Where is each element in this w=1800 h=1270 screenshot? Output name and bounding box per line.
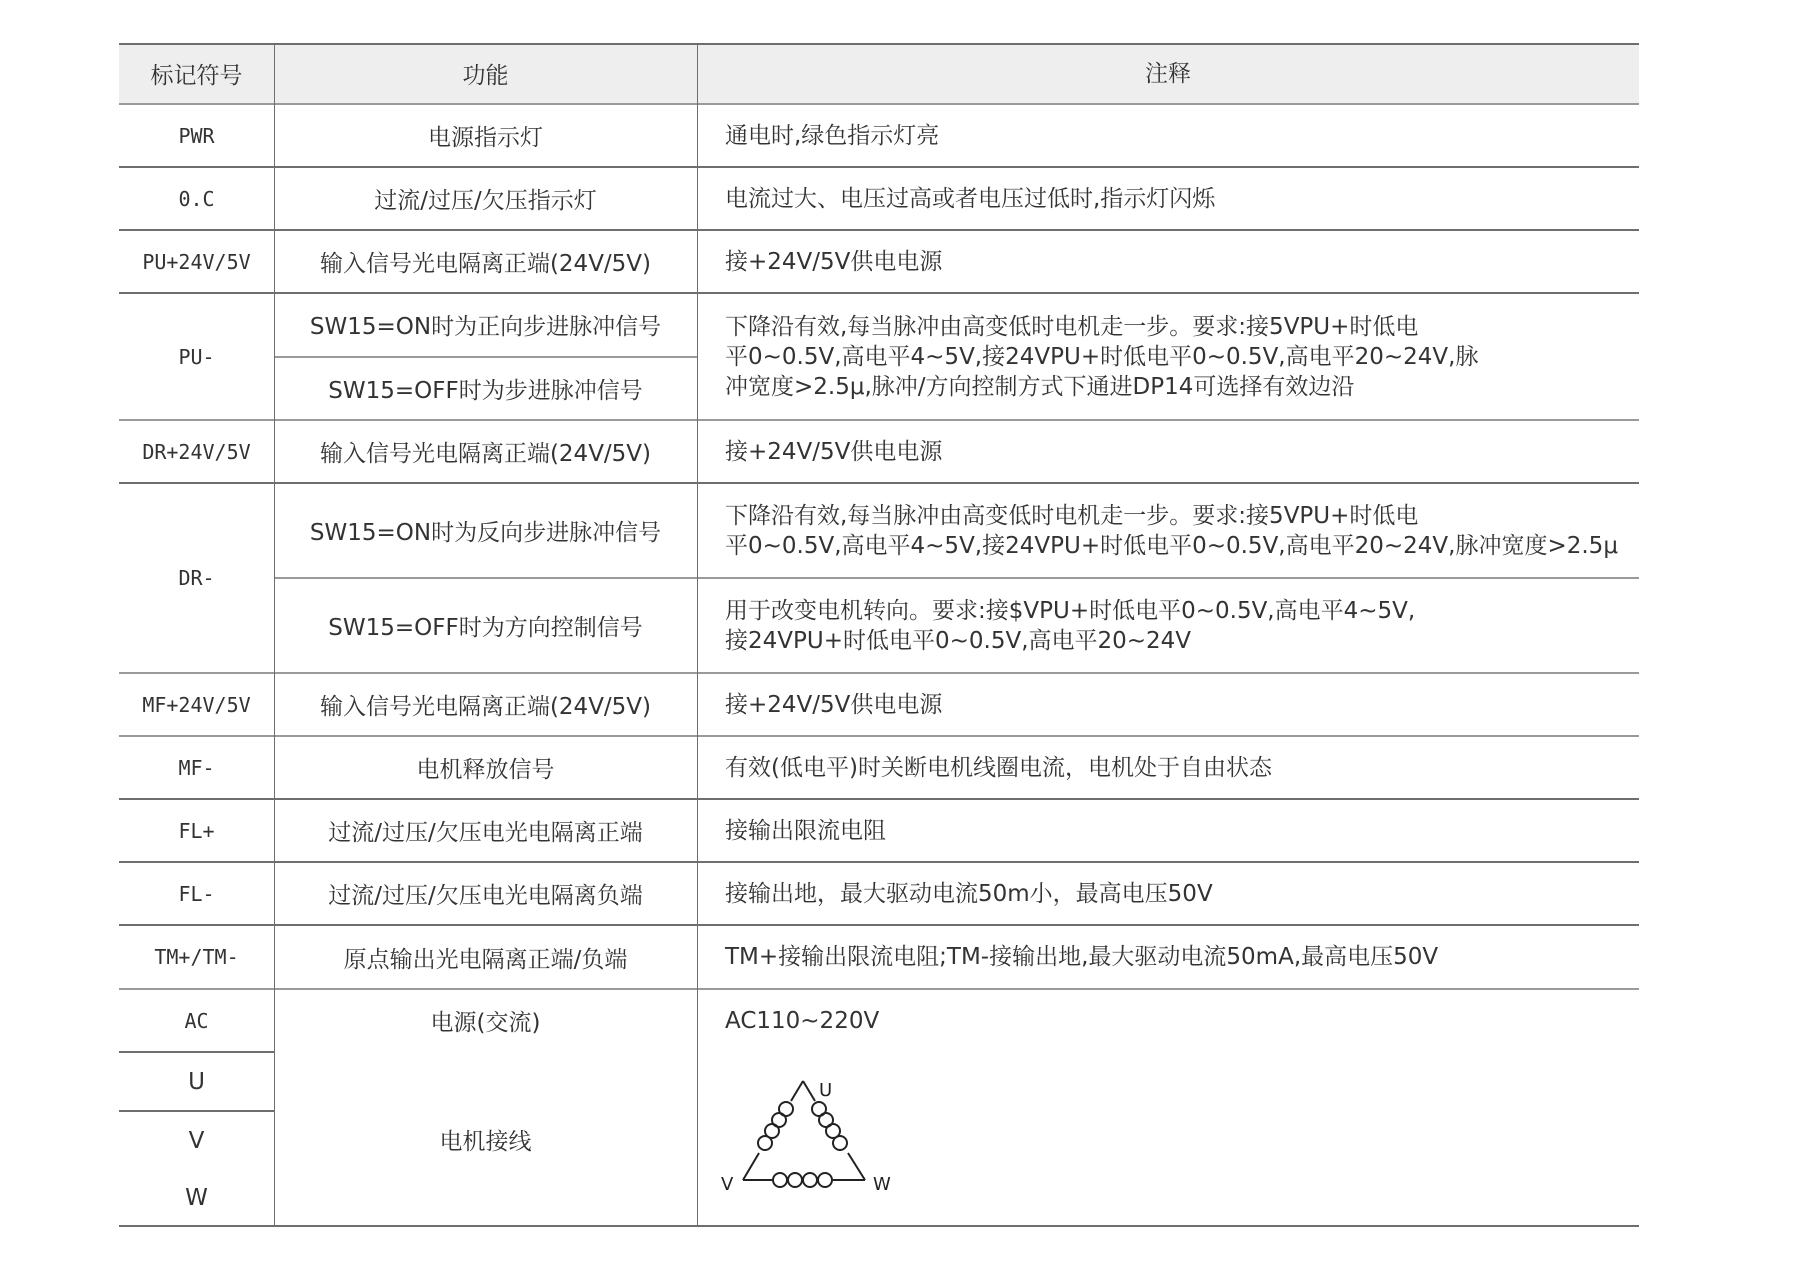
function-fl-plus: 过流/过压/欠压电光电隔离正端 [274,799,697,862]
header-function: 功能 [274,43,697,104]
symbol-dr-plus: DR+24V/5V [119,420,274,483]
function-fl-minus: 过流/过压/欠压电光电隔离负端 [274,862,697,925]
symbol-fl-plus: FL+ [119,799,274,862]
header-symbol: 标记符号 [119,43,274,104]
diagram-label-u: U [819,1080,832,1101]
function-dr-plus: 输入信号光电隔离正端(24V/5V) [274,420,697,483]
symbol-fl-minus: FL- [119,862,274,925]
symbol-pu-plus: PU+24V/5V [119,230,274,293]
symbol-u: U [119,1052,274,1111]
symbol-v: V [119,1111,274,1170]
note-dr-minus-off: 用于改变电机转向。要求:接$VPU+时低电平0~0.5V,高电平4~5V, 接2… [697,578,1639,673]
note-fl-plus: 接输出限流电阻 [697,799,1639,862]
function-dr-minus-off: SW15=OFF时为方向控制信号 [274,578,697,673]
symbol-mf-plus: MF+24V/5V [119,673,274,736]
function-pu-minus-on: SW15=ON时为正向步进脉冲信号 [274,293,697,356]
note-ac: AC110~220V [697,989,1639,1052]
function-tm: 原点输出光电隔离正端/负端 [274,925,697,989]
diagram-label-w: W [873,1174,891,1195]
function-dr-minus-on: SW15=ON时为反向步进脉冲信号 [274,483,697,578]
function-pu-plus: 输入信号光电隔离正端(24V/5V) [274,230,697,293]
function-motor-wiring: 电机接线 [274,1052,697,1226]
delta-winding-icon: U V W [697,1052,897,1202]
symbol-pu-minus: PU- [119,293,274,420]
symbol-oc: 0.C [119,167,274,230]
function-pwr: 电源指示灯 [274,104,697,167]
note-oc: 电流过大、电压过高或者电压过低时,指示灯闪烁 [697,167,1639,230]
function-pu-minus-off: SW15=OFF时为步进脉冲信号 [274,357,697,420]
function-oc: 过流/过压/欠压指示灯 [274,167,697,230]
header-note: 注释 [697,43,1639,104]
note-dr-minus-off-text: 用于改变电机转向。要求:接$VPU+时低电平0~0.5V,高电平4~5V, 接2… [725,596,1415,656]
symbol-mf-minus: MF- [119,736,274,799]
note-mf-minus: 有效(低电平)时关断电机线圈电流，电机处于自由状态 [697,736,1639,799]
symbol-pwr: PWR [119,104,274,167]
symbol-tm: TM+/TM- [119,925,274,989]
function-mf-plus: 输入信号光电隔离正端(24V/5V) [274,673,697,736]
pin-definition-table: 标记符号 功能 注释 PWR 电源指示灯 通电时,绿色指示灯亮 0.C 过流/过… [119,43,1639,1227]
note-pu-plus: 接+24V/5V供电电源 [697,230,1639,293]
note-pu-minus: 下降沿有效,每当脉冲由高变低时电机走一步。要求:接5VPU+时低电 平0~0.5… [697,293,1639,420]
symbol-w: W [119,1170,274,1226]
function-ac: 电源(交流) [274,989,697,1052]
note-fl-minus: 接输出地，最大驱动电流50m小，最高电压50V [697,862,1639,925]
function-mf-minus: 电机释放信号 [274,736,697,799]
note-pu-minus-text: 下降沿有效,每当脉冲由高变低时电机走一步。要求:接5VPU+时低电 平0~0.5… [725,312,1478,402]
note-dr-plus: 接+24V/5V供电电源 [697,420,1639,483]
note-dr-minus-on-text: 下降沿有效,每当脉冲由高变低时电机走一步。要求:接5VPU+时低电 平0~0.5… [725,501,1618,561]
symbol-ac: AC [119,989,274,1052]
note-motor-wiring: U V W [697,1052,1639,1226]
note-pwr: 通电时,绿色指示灯亮 [697,104,1639,167]
note-dr-minus-on: 下降沿有效,每当脉冲由高变低时电机走一步。要求:接5VPU+时低电 平0~0.5… [697,483,1639,578]
note-mf-plus: 接+24V/5V供电电源 [697,673,1639,736]
note-tm: TM+接输出限流电阻;TM-接输出地,最大驱动电流50mA,最高电压50V [697,925,1639,989]
symbol-dr-minus: DR- [119,483,274,673]
diagram-label-v: V [721,1174,734,1195]
